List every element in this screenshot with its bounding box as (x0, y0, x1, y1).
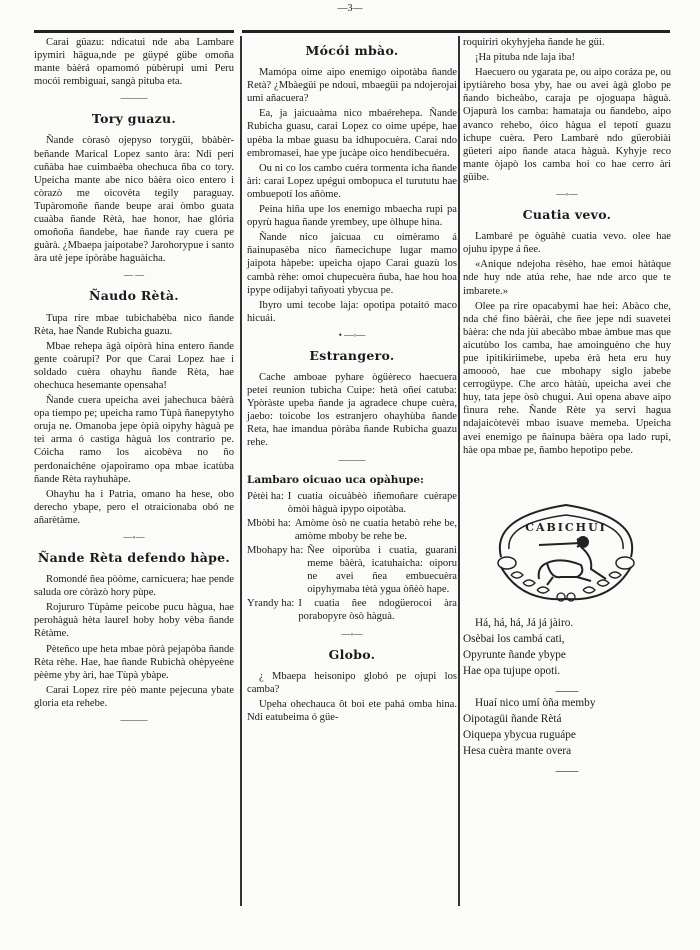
column-3: roquirirì okyhyjeha ñande he güi.¡Ha pit… (463, 36, 671, 775)
poem-divider: —— (463, 763, 671, 775)
dialogue-entry: Mbohapy ha:Ñee oiporùba i cuatia, guaran… (247, 544, 457, 596)
column-1: Carai güazu: ndicatui nde aba Lambare ip… (34, 36, 234, 726)
column-rule (240, 36, 242, 906)
section-divider: —◦— (463, 188, 671, 200)
column-2: Mócói mbào.Mamópa oime aipo enemigo oipo… (247, 36, 457, 726)
dialogue-speaker: Yrandy ha: (247, 597, 298, 623)
dialogue-text: I cuatia oicuàbèò iñemoñare cuèrape òmòi… (288, 490, 457, 516)
section-divider: • —◦— (247, 329, 457, 341)
paragraph: ¡Ha pituba nde laja iba! (463, 51, 671, 64)
poem-line: Huaí nico umí òña memby (463, 695, 671, 711)
paragraph: Ñande còrasò ojepyso torygüi, bbàbèr-beñ… (34, 134, 234, 265)
dialogue-speaker: Mbohapy ha: (247, 544, 307, 596)
paragraph: Carai Lopez rire pèò mante pejecuna ybat… (34, 684, 234, 710)
paragraph: Pèteñco upe heta mbae pòrà pejapòba ñand… (34, 643, 234, 682)
poem: Há, há, há, Já já jàiro.Osèbai los cambá… (463, 615, 671, 775)
centaur-emblem-icon: CABICHUI (481, 487, 651, 607)
top-rule (462, 30, 670, 33)
section-divider: —◦— (247, 628, 457, 640)
dialogue-text: I cuatia ñee ndogüerocoi àra porabopyre … (298, 597, 457, 623)
paragraph: Ea, ja jaicuaàma nico mbaérehepa. Ñande … (247, 107, 457, 159)
paragraph: Mbae rehepa àgà oipòrà hina entero ñande… (34, 340, 234, 392)
poem-line: Osèbai los cambá cati, (463, 631, 671, 647)
paragraph: Rojururo Tùpàme peicobe pucu hàgua, hae … (34, 601, 234, 640)
dialogue-speaker: Pètèi ha: (247, 490, 288, 516)
paragraph: Upeha ohechauca ôt boi ete pahá omba hin… (247, 698, 457, 724)
section-headline: Globo. (247, 648, 457, 661)
page-number: —3— (335, 3, 365, 14)
column-3-text: roquirirì okyhyjeha ñande he güi.¡Ha pit… (463, 36, 671, 457)
paragraph: «Anique ndejoha rèsèho, hae emoi hàtàque… (463, 258, 671, 297)
paragraph: Carai güazu: ndicatui nde aba Lambare ip… (34, 36, 234, 88)
column-rule (458, 36, 460, 906)
poem-line: Há, há, há, Já já jàiro. (463, 615, 671, 631)
paragraph: Ñande cuera upeicha avei jahechuca bàèrà… (34, 394, 234, 486)
paragraph: Haecuero ou ygarata pe, ou aipo coráza p… (463, 66, 671, 184)
section-headline: Cuatia vevo. (463, 208, 671, 221)
paragraph: Peina hiña upe los enemigo mbaecha rupi … (247, 203, 457, 229)
dialogue-text: Ñee oiporùba i cuatia, guarani meme bàèr… (307, 544, 457, 596)
top-rule (34, 30, 234, 33)
poem-divider: —— (463, 683, 671, 695)
paragraph: Mamópa oime aipo enemigo oipotàba ñande … (247, 66, 457, 105)
section-headline: Ñande Rèta defendo hàpe. (34, 551, 234, 564)
paragraph: ¿ Mbaepa heisonipo globó pe ojupi los ca… (247, 670, 457, 696)
paragraph: Ou ni co los cambo cuéra tormenta icha ñ… (247, 162, 457, 201)
poem-line: Opyrunte ñande ybype (463, 647, 671, 663)
section-headline: Tory guazu. (34, 112, 234, 125)
paragraph: Cache amboae pyhare ògüèreco haecuera pe… (247, 371, 457, 450)
paragraph: Ñande nico jaicuaa cu oimèramo á ñainupa… (247, 231, 457, 296)
paragraph: Lambaré pe òguàhè cuatia vevo. olee hae … (463, 230, 671, 256)
section-divider: ——— (247, 454, 457, 466)
dialogue-entry: Yrandy ha:I cuatia ñee ndogüerocoi àra p… (247, 597, 457, 623)
dialogue-speaker: Mbòbi ha: (247, 517, 295, 543)
poem-line: Hae opa tujupe opoti. (463, 663, 671, 679)
poem-line: Oipotagüi ñande Rètá (463, 711, 671, 727)
subheading: Lambaro oicuao uca opàhupe: (247, 474, 457, 487)
section-headline: Ñaudo Rètà. (34, 289, 234, 302)
section-headline: Mócói mbào. (247, 44, 457, 57)
poem-line: Hesa cuèra mante overa (463, 743, 671, 759)
paragraph: Ohayhu ha i Patria, omano ha hese, obo d… (34, 488, 234, 527)
section-headline: Estrangero. (247, 349, 457, 362)
section-divider: ——— (34, 714, 234, 726)
section-divider: ——— (34, 92, 234, 104)
paragraph: roquirirì okyhyjeha ñande he güi. (463, 36, 671, 49)
section-divider: — — (34, 269, 234, 281)
paragraph: Tupa rire mbae tubichabèba nico ñande Rè… (34, 312, 234, 338)
svg-text:CABICHUI: CABICHUI (525, 521, 607, 534)
paragraph: Romondé ñea pòòme, carnicuera; hae pende… (34, 573, 234, 599)
top-rule (242, 30, 462, 33)
dialogue-entry: Mbòbi ha:Amòme òsò ne cuatia hetabò rehe… (247, 517, 457, 543)
section-divider: —◦— (34, 531, 234, 543)
paragraph: Ibyro umi tecobe laja: opotipa potaitó m… (247, 299, 457, 325)
dialogue-text: Amòme òsò ne cuatia hetabò rehe be, amòm… (295, 517, 457, 543)
poem-line: Oiquepa ybycua ruguápe (463, 727, 671, 743)
newspaper-page: —3— Carai güazu: ndicatui nde aba Lambar… (0, 0, 700, 950)
paragraph: Olee pa rire opacabymi hae hei: Abàco ch… (463, 300, 671, 457)
dialogue-entry: Pètèi ha:I cuatia oicuàbèò iñemoñare cuè… (247, 490, 457, 516)
